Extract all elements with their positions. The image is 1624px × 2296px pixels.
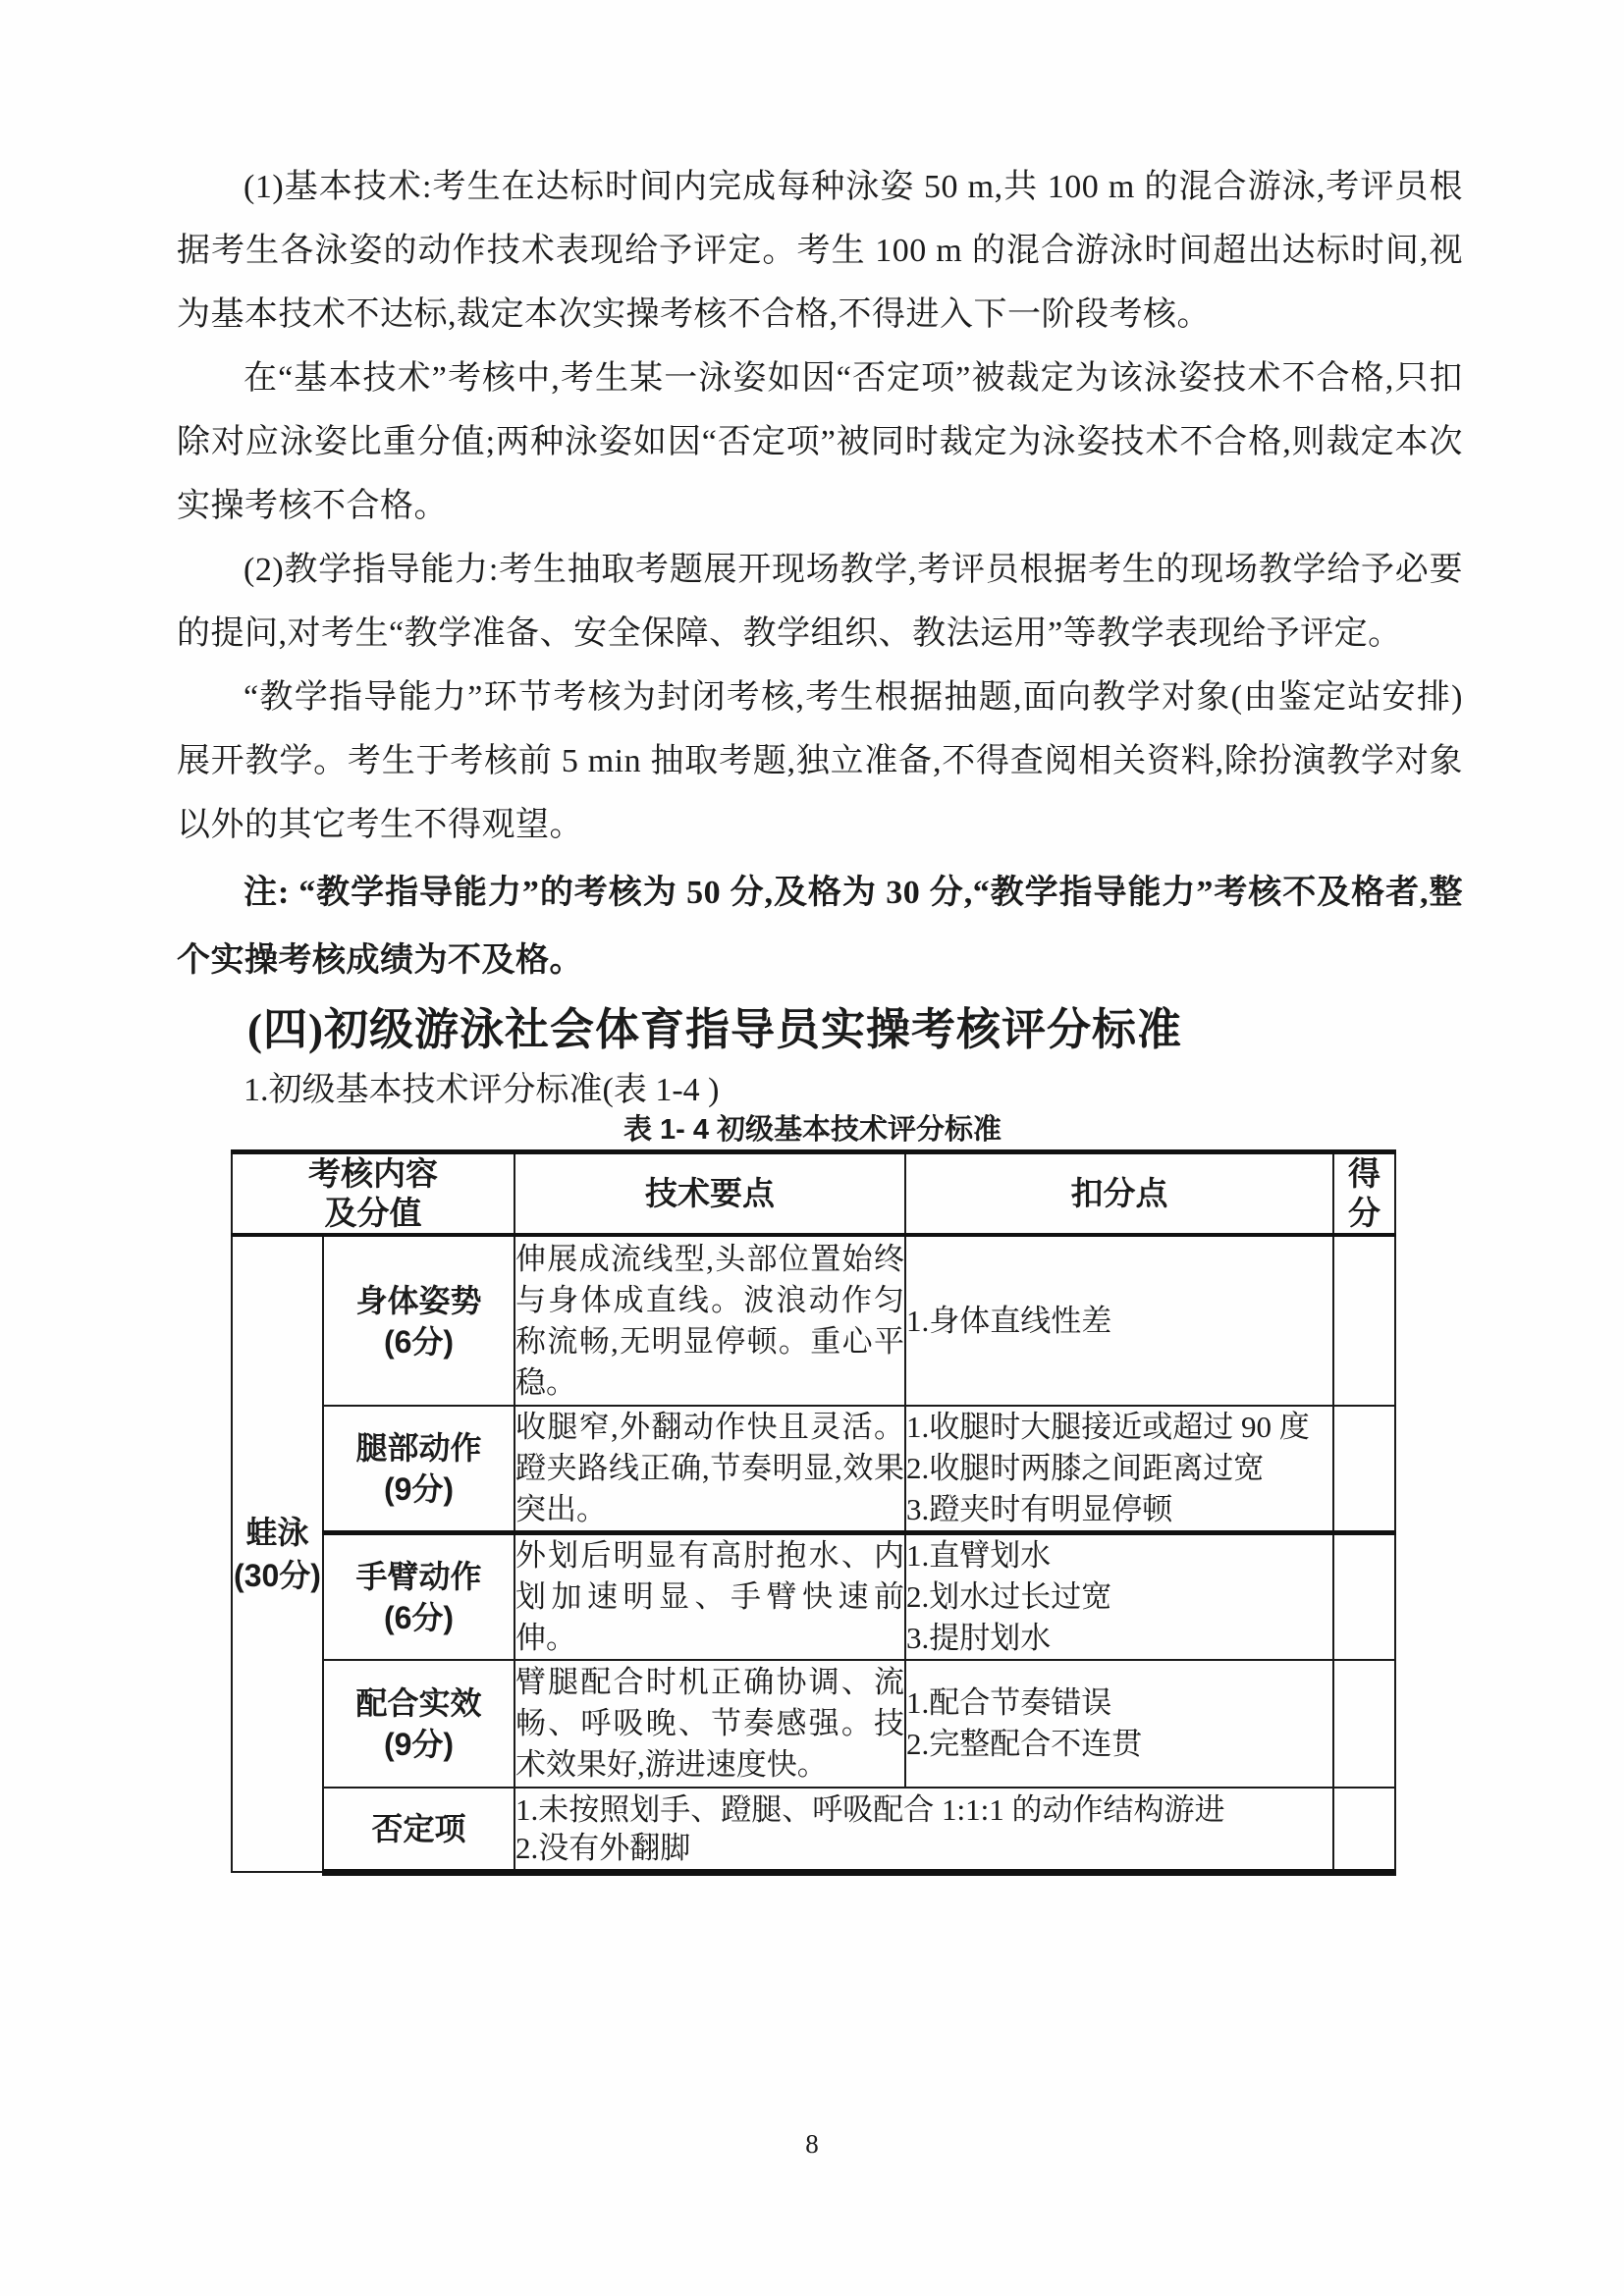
deduction-line: 1.直臂划水 xyxy=(906,1535,1332,1576)
item-label-cell: 手臂动作 (6分) xyxy=(323,1533,514,1661)
table-row-leg-action: 腿部动作 (9分) 收腿窄,外翻动作快且灵活。蹬夹路线正确,节奏明显,效果突出。… xyxy=(232,1406,1395,1533)
item-score: (6分) xyxy=(324,1321,514,1362)
deductions-cell: 1.直臂划水 2.划水过长过宽 3.提肘划水 xyxy=(905,1533,1333,1661)
deductions-cell: 1.配合节奏错误 2.完整配合不连贯 xyxy=(905,1660,1333,1788)
score-cell xyxy=(1333,1660,1395,1788)
deduction-line: 2.划水过长过宽 xyxy=(906,1576,1332,1618)
item-name: 配合实效 xyxy=(324,1682,514,1724)
section-heading: (四)初级游泳社会体育指导员实操考核评分标准 xyxy=(177,1002,1463,1057)
veto-content-cell: 1.未按照划手、蹬腿、呼吸配合 1:1:1 的动作结构游进 2.没有外翻脚 xyxy=(514,1788,1333,1872)
score-cell xyxy=(1333,1406,1395,1533)
header-deduction-points: 扣分点 xyxy=(905,1152,1333,1236)
deduction-line: 3.蹬夹时有明显停顿 xyxy=(906,1489,1332,1530)
note-paragraph: 注: “教学指导能力”的考核为 50 分,及格为 30 分,“教学指导能力”考核… xyxy=(177,859,1463,994)
deduction-line: 1.配合节奏错误 xyxy=(906,1682,1332,1724)
veto-line: 1.未按照划手、蹬腿、呼吸配合 1:1:1 的动作结构游进 xyxy=(515,1790,1332,1829)
subsection-heading: 1.初级基本技术评分标准(表 1-4 ) xyxy=(177,1069,1463,1112)
header-key-points: 技术要点 xyxy=(514,1152,905,1236)
item-label-cell: 配合实效 (9分) xyxy=(323,1660,514,1788)
key-points-cell: 外划后明显有高肘抱水、内划加速明显、手臂快速前伸。 xyxy=(514,1533,905,1661)
table-caption: 表 1- 4 初级基本技术评分标准 xyxy=(231,1114,1394,1146)
item-score: (6分) xyxy=(324,1597,514,1638)
score-cell xyxy=(1333,1533,1395,1661)
deductions-cell: 1.身体直线性差 xyxy=(905,1235,1333,1406)
veto-label-cell: 否定项 xyxy=(323,1788,514,1872)
key-points-cell: 伸展成流线型,头部位置始终与身体成直线。波浪动作匀称流畅,无明显停顿。重心平稳。 xyxy=(514,1235,905,1406)
table-row-arm-action: 手臂动作 (6分) 外划后明显有高肘抱水、内划加速明显、手臂快速前伸。 1.直臂… xyxy=(232,1533,1395,1661)
stroke-score: (30分) xyxy=(233,1554,322,1597)
deductions-cell: 1.收腿时大腿接近或超过 90 度 2.收腿时两膝之间距离过宽 3.蹬夹时有明显… xyxy=(905,1406,1333,1533)
item-score: (9分) xyxy=(324,1724,514,1765)
score-cell xyxy=(1333,1235,1395,1406)
item-label-cell: 腿部动作 (9分) xyxy=(323,1406,514,1533)
key-points-cell: 臂腿配合时机正确协调、流畅、呼吸晚、节奏感强。技术效果好,游进速度快。 xyxy=(514,1660,905,1788)
item-score: (9分) xyxy=(324,1468,514,1510)
item-name: 腿部动作 xyxy=(324,1427,514,1468)
table-header-row: 考核内容 及分值 技术要点 扣分点 得分 xyxy=(232,1152,1395,1236)
header-assessment-content: 考核内容 及分值 xyxy=(232,1152,514,1236)
stroke-name: 蛙泳 xyxy=(233,1511,322,1554)
deduction-line: 1.收腿时大腿接近或超过 90 度 xyxy=(906,1407,1332,1448)
table-row-veto: 否定项 1.未按照划手、蹬腿、呼吸配合 1:1:1 的动作结构游进 2.没有外翻… xyxy=(232,1788,1395,1872)
deduction-line: 3.提肘划水 xyxy=(906,1618,1332,1659)
table-row-coordination: 配合实效 (9分) 臂腿配合时机正确协调、流畅、呼吸晚、节奏感强。技术效果好,游… xyxy=(232,1660,1395,1788)
scoring-table: 考核内容 及分值 技术要点 扣分点 得分 蛙泳 (30分) 身体姿势 (6分) … xyxy=(231,1149,1396,1876)
document-page: (1)基本技术:考生在达标时间内完成每种泳姿 50 m,共 100 m 的混合游… xyxy=(0,0,1624,2296)
veto-name: 否定项 xyxy=(324,1808,514,1849)
table-row-body-posture: 蛙泳 (30分) 身体姿势 (6分) 伸展成流线型,头部位置始终与身体成直线。波… xyxy=(232,1235,1395,1406)
key-points-cell: 收腿窄,外翻动作快且灵活。蹬夹路线正确,节奏明显,效果突出。 xyxy=(514,1406,905,1533)
deduction-line: 2.完整配合不连贯 xyxy=(906,1724,1332,1765)
veto-line: 2.没有外翻脚 xyxy=(515,1829,1332,1867)
header-score: 得分 xyxy=(1333,1152,1395,1236)
deduction-line: 2.收腿时两膝之间距离过宽 xyxy=(906,1448,1332,1489)
score-cell xyxy=(1333,1788,1395,1872)
item-label-cell: 身体姿势 (6分) xyxy=(323,1235,514,1406)
paragraph-teaching-ability: (2)教学指导能力:考生抽取考题展开现场教学,考评员根据考生的现场教学给予必要的… xyxy=(177,538,1463,666)
paragraph-basic-technique: (1)基本技术:考生在达标时间内完成每种泳姿 50 m,共 100 m 的混合游… xyxy=(177,155,1463,347)
stroke-group-cell: 蛙泳 (30分) xyxy=(232,1235,323,1872)
item-name: 身体姿势 xyxy=(324,1280,514,1321)
paragraph-closed-assessment: “教学指导能力”环节考核为封闭考核,考生根据抽题,面向教学对象(由鉴定站安排)展… xyxy=(177,666,1463,857)
page-number: 8 xyxy=(0,2128,1624,2160)
item-name: 手臂动作 xyxy=(324,1556,514,1597)
paragraph-veto-rule: 在“基本技术”考核中,考生某一泳姿如因“否定项”被裁定为该泳姿技术不合格,只扣除… xyxy=(177,347,1463,538)
deduction-line: 1.身体直线性差 xyxy=(906,1301,1332,1342)
